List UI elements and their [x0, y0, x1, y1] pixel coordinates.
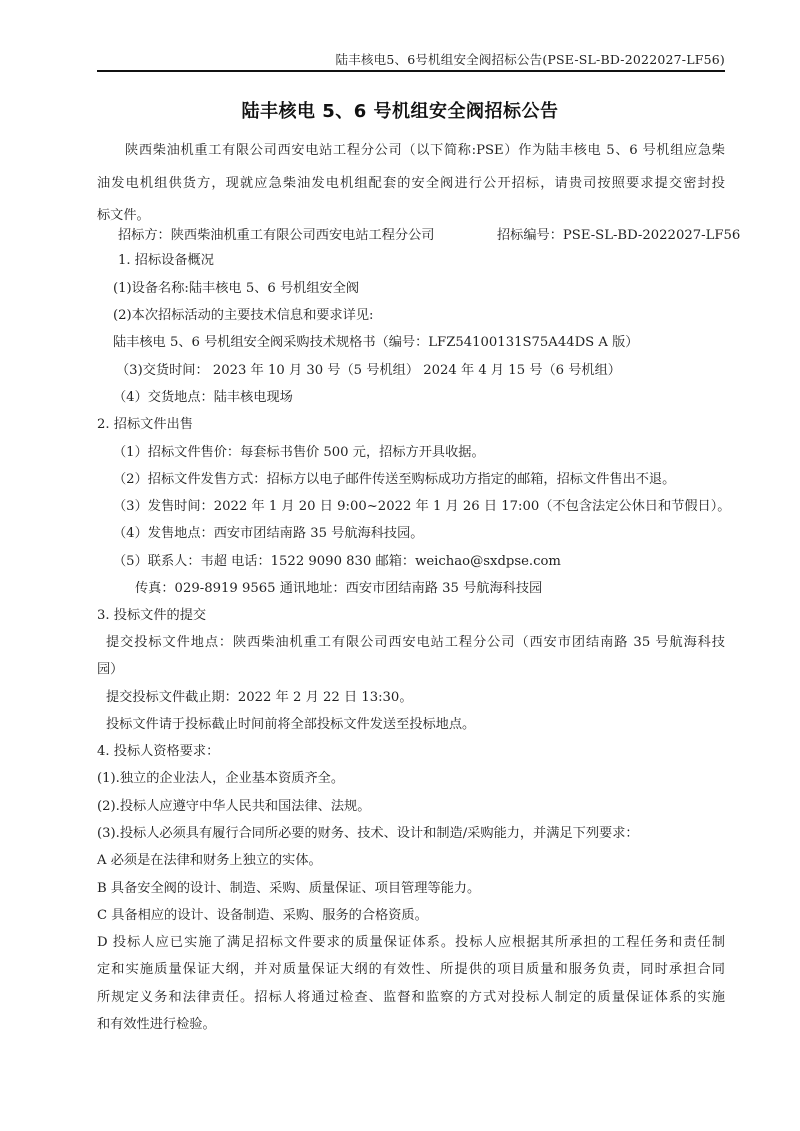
running-header: 陆丰核电5、6号机组安全阀招标公告(PSE-SL-BD-2022027-LF56…: [97, 50, 725, 68]
section-4-item-b: B 具备安全阀的设计、制造、采购、质量保证、项目管理等能力。: [97, 877, 480, 896]
section-2-heading: 2. 招标文件出售: [97, 413, 193, 432]
intro-line-3: 标文件。: [97, 204, 150, 223]
section-1-item-1: (1)设备名称:陆丰核电 5、6 号机组安全阀: [113, 277, 359, 296]
section-3-item-2: 提交投标文件截止期：2022 年 2 月 22 日 13:30。: [106, 686, 413, 705]
section-2-item-5: （5）联系人：韦超 电话：1522 9090 830 邮箱：weichao@sx…: [113, 550, 561, 569]
section-3-item-1-cont: 园）: [97, 658, 123, 677]
section-4-item-d-line-1: D 投标人应已实施了满足招标文件要求的质量保证体系。投标人应根据其所承担的工程任…: [97, 931, 725, 950]
section-3-item-3: 投标文件请于投标截止时间前将全部投标文件发送至投标地点。: [106, 713, 475, 732]
document-title: 陆丰核电 5、6 号机组安全阀招标公告: [0, 97, 800, 123]
section-4-item-a: A 必须是在法律和财务上独立的实体。: [97, 849, 322, 868]
section-3-heading: 3. 投标文件的提交: [97, 604, 206, 623]
section-4-item-1: (1).独立的企业法人，企业基本资质齐全。: [97, 767, 344, 786]
section-2-item-4: （4）发售地点：西安市团结南路 35 号航海科技园。: [113, 522, 424, 541]
section-1-item-5: （4）交货地点：陆丰核电现场: [113, 386, 293, 405]
intro-line-2: 油发电机组供货方，现就应急柴油发电机组配套的安全阀进行公开招标，请贵司按照要求提…: [97, 172, 725, 191]
tender-number: 招标编号：PSE-SL-BD-2022027-LF56: [497, 224, 740, 243]
section-1-heading: 1. 招标设备概况: [118, 249, 214, 268]
section-4-heading: 4. 投标人资格要求：: [97, 740, 219, 759]
section-2-item-6: 传真：029-8919 9565 通讯地址：西安市团结南路 35 号航海科技园: [135, 577, 542, 596]
section-2-item-3: （3）发售时间：2022 年 1 月 20 日 9:00~2022 年 1 月 …: [113, 495, 730, 514]
section-4-item-d-line-2: 定和实施质量保证大纲，并对质量保证大纲的有效性、所提供的项目质量和服务负责，同时…: [97, 958, 725, 977]
section-4-item-2: (2).投标人应遵守中华人民共和国法律、法规。: [97, 795, 370, 814]
section-1-item-4: （3)交货时间： 2023 年 10 月 30 号（5 号机组） 2024 年 …: [116, 359, 621, 378]
section-2-item-1: （1）招标文件售价：每套标书售价 500 元，招标方开具收据。: [113, 441, 485, 460]
section-2-item-2: （2）招标文件发售方式：招标方以电子邮件传送至购标成功方指定的邮箱，招标文件售出…: [113, 468, 675, 487]
section-1-item-2: (2)本次招标活动的主要技术信息和要求详见:: [113, 304, 374, 323]
section-4-item-3: (3).投标人必须具有履行合同所必要的财务、技术、设计和制造/采购能力，并满足下…: [97, 822, 639, 841]
section-4-item-c: C 具备相应的设计、设备制造、采购、服务的合格资质。: [97, 904, 428, 923]
header-rule: [97, 70, 725, 72]
intro-line-1: 陕西柴油机重工有限公司西安电站工程分公司（以下简称:PSE）作为陆丰核电 5、6…: [125, 139, 725, 158]
section-1-item-3: 陆丰核电 5、6 号机组安全阀采购技术规格书（编号：LFZ54100131S75…: [113, 331, 639, 350]
section-3-item-1: 提交投标文件地点：陕西柴油机重工有限公司西安电站工程分公司（西安市团结南路 35…: [106, 631, 725, 650]
section-4-item-d-line-3: 所规定义务和法律责任。招标人将通过检查、监督和监察的方式对投标人制定的质量保证体…: [97, 986, 725, 1005]
document-page: 陆丰核电5、6号机组安全阀招标公告(PSE-SL-BD-2022027-LF56…: [0, 0, 800, 1131]
section-4-item-d-line-4: 和有效性进行检验。: [97, 1013, 216, 1032]
tenderer-name: 招标方：陕西柴油机重工有限公司西安电站工程分公司: [118, 224, 435, 243]
